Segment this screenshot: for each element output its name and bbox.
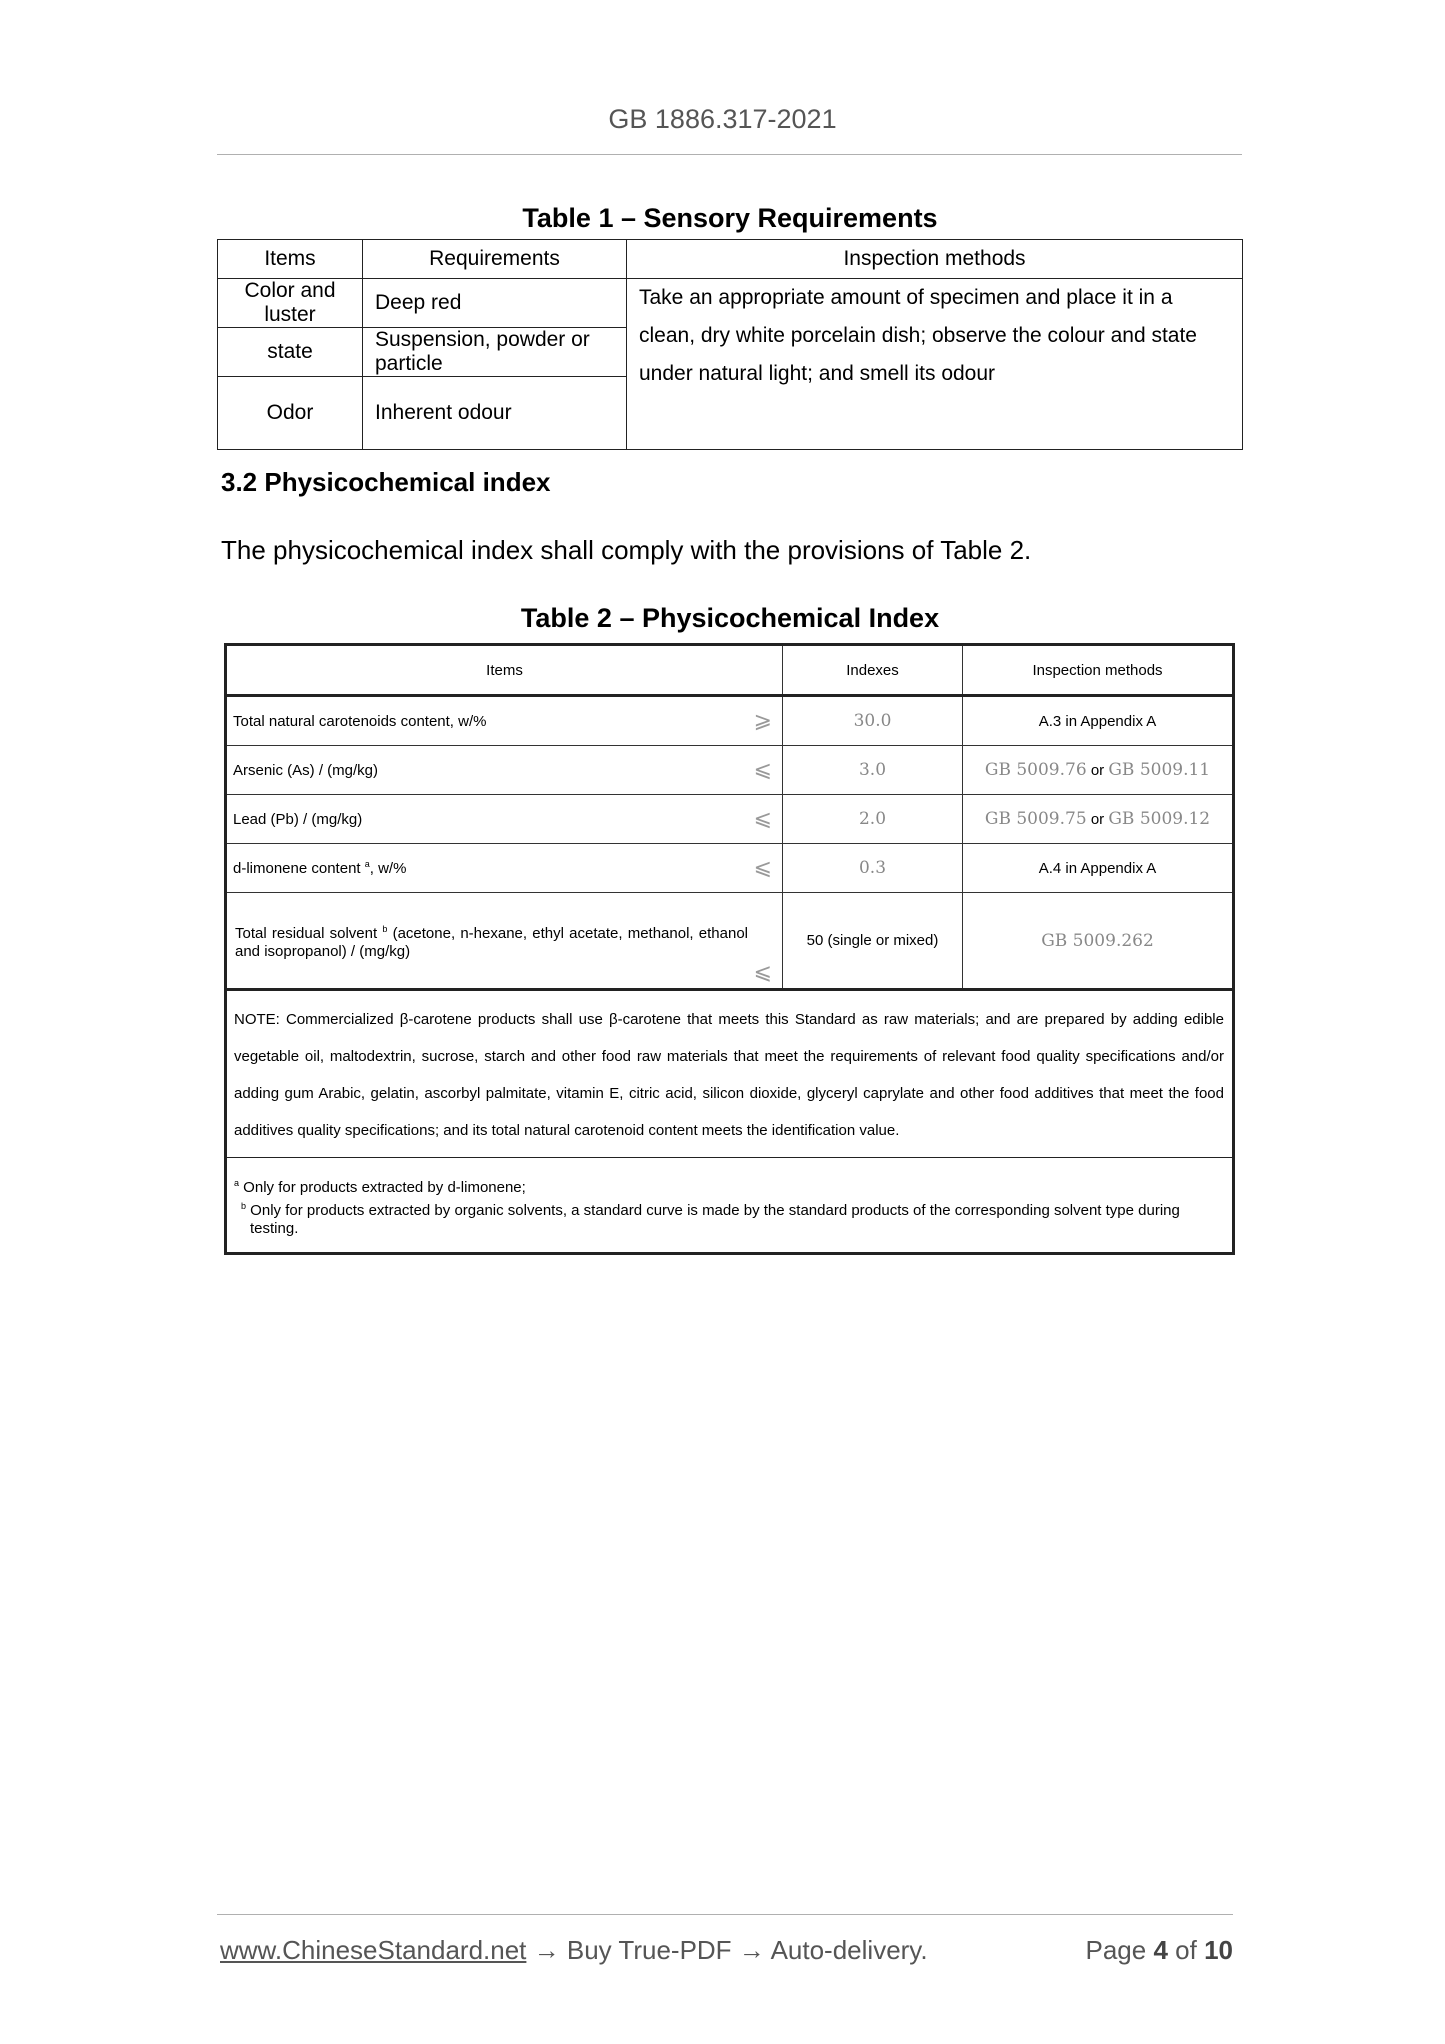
method-standard: GB 5009.76 <box>985 760 1087 780</box>
table-row: d-limonene content a, w/%⩽ 0.3 A.4 in Ap… <box>226 844 1234 893</box>
method-cell: GB 5009.75 or GB 5009.12 <box>963 795 1234 844</box>
of-label: of <box>1175 1935 1197 1965</box>
column-header: Inspection methods <box>963 645 1234 696</box>
item-cell: d-limonene content a, w/%⩽ <box>226 844 783 893</box>
section-body: The physicochemical index shall comply w… <box>221 535 1031 566</box>
method-standard: GB 5009.12 <box>1108 809 1210 829</box>
item-label: , w/% <box>370 860 407 877</box>
table-row: Lead (Pb) / (mg/kg)⩽ 2.0 GB 5009.75 or G… <box>226 795 1234 844</box>
method-cell: A.4 in Appendix A <box>963 844 1234 893</box>
index-cell: 3.0 <box>783 746 963 795</box>
physicochemical-index-table: Items Indexes Inspection methods Total n… <box>224 643 1235 1255</box>
table-note: NOTE: Commercialized β-carotene products… <box>226 990 1234 1158</box>
table-row: Total residual solvent b (acetone, n-hex… <box>226 893 1234 990</box>
method-standard: GB 5009.11 <box>1108 760 1210 780</box>
item-label: Arsenic (As) / (mg/kg) <box>233 762 378 779</box>
section-heading: 3.2 Physicochemical index <box>221 467 551 498</box>
column-header: Items <box>218 240 363 279</box>
requirement-cell: Inherent odour <box>363 377 627 450</box>
relation-symbol: ⩽ <box>754 807 772 832</box>
inspection-method-cell: Take an appropriate amount of specimen a… <box>627 279 1243 450</box>
or-label: or <box>1091 811 1104 828</box>
method-cell: GB 5009.76 or GB 5009.11 <box>963 746 1234 795</box>
footnote-a: a Only for products extracted by d-limon… <box>234 1174 1224 1197</box>
page-label: Page <box>1085 1935 1146 1965</box>
index-cell: 30.0 <box>783 696 963 746</box>
sensory-requirements-table: Items Requirements Inspection methods Co… <box>217 239 1243 450</box>
table2-caption: Table 2 – Physicochemical Index <box>0 603 1445 634</box>
item-cell: Arsenic (As) / (mg/kg)⩽ <box>226 746 783 795</box>
footnotes-row: a Only for products extracted by d-limon… <box>226 1158 1234 1254</box>
item-label: Lead (Pb) / (mg/kg) <box>233 811 362 828</box>
table-row: Color and luster Deep red Take an approp… <box>218 279 1243 328</box>
index-cell: 2.0 <box>783 795 963 844</box>
requirement-cell: Suspension, powder or particle <box>363 328 627 377</box>
footer-divider <box>217 1914 1233 1915</box>
table1-caption: Table 1 – Sensory Requirements <box>0 203 1445 234</box>
table-header-row: Items Requirements Inspection methods <box>218 240 1243 279</box>
document-id-header: GB 1886.317-2021 <box>0 104 1445 135</box>
index-cell: 50 (single or mixed) <box>783 893 963 990</box>
item-cell: Total residual solvent b (acetone, n-hex… <box>226 893 783 990</box>
item-cell: Color and luster <box>218 279 363 328</box>
table-header-row: Items Indexes Inspection methods <box>226 645 1234 696</box>
relation-symbol: ⩾ <box>754 709 772 734</box>
table-row: Arsenic (As) / (mg/kg)⩽ 3.0 GB 5009.76 o… <box>226 746 1234 795</box>
method-cell: GB 5009.262 <box>963 893 1234 990</box>
item-cell: Odor <box>218 377 363 450</box>
method-cell: A.3 in Appendix A <box>963 696 1234 746</box>
website-link[interactable]: www.ChineseStandard.net <box>220 1935 526 1965</box>
page-indicator: Page 4 of 10 <box>1085 1935 1233 1966</box>
promo-text: → Buy True-PDF → Auto-delivery. <box>526 1935 927 1965</box>
header-divider <box>217 154 1242 155</box>
or-label: or <box>1091 762 1104 779</box>
item-cell: Lead (Pb) / (mg/kg)⩽ <box>226 795 783 844</box>
table-row: Total natural carotenoids content, w/%⩾ … <box>226 696 1234 746</box>
column-header: Indexes <box>783 645 963 696</box>
relation-symbol: ⩽ <box>754 758 772 783</box>
column-header: Items <box>226 645 783 696</box>
footnote-text: Only for products extracted by organic s… <box>246 1202 1180 1237</box>
method-standard: GB 5009.75 <box>985 809 1087 829</box>
item-label: Total natural carotenoids content, w/% <box>233 713 486 730</box>
column-header: Requirements <box>363 240 627 279</box>
total-pages: 10 <box>1204 1935 1233 1965</box>
relation-symbol: ⩽ <box>754 964 772 982</box>
item-label: Total residual solvent <box>235 925 382 942</box>
column-header: Inspection methods <box>627 240 1243 279</box>
item-cell: state <box>218 328 363 377</box>
relation-symbol: ⩽ <box>754 856 772 881</box>
item-cell: Total natural carotenoids content, w/%⩾ <box>226 696 783 746</box>
footnote-b: b Only for products extracted by organic… <box>234 1197 1224 1238</box>
item-label: d-limonene content <box>233 860 365 877</box>
note-row: NOTE: Commercialized β-carotene products… <box>226 990 1234 1158</box>
table-footnotes: a Only for products extracted by d-limon… <box>226 1158 1234 1254</box>
current-page: 4 <box>1153 1935 1167 1965</box>
footer-promo: www.ChineseStandard.net → Buy True-PDF →… <box>220 1935 928 1966</box>
index-cell: 0.3 <box>783 844 963 893</box>
requirement-cell: Deep red <box>363 279 627 328</box>
footnote-text: Only for products extracted by d-limonen… <box>239 1179 526 1196</box>
